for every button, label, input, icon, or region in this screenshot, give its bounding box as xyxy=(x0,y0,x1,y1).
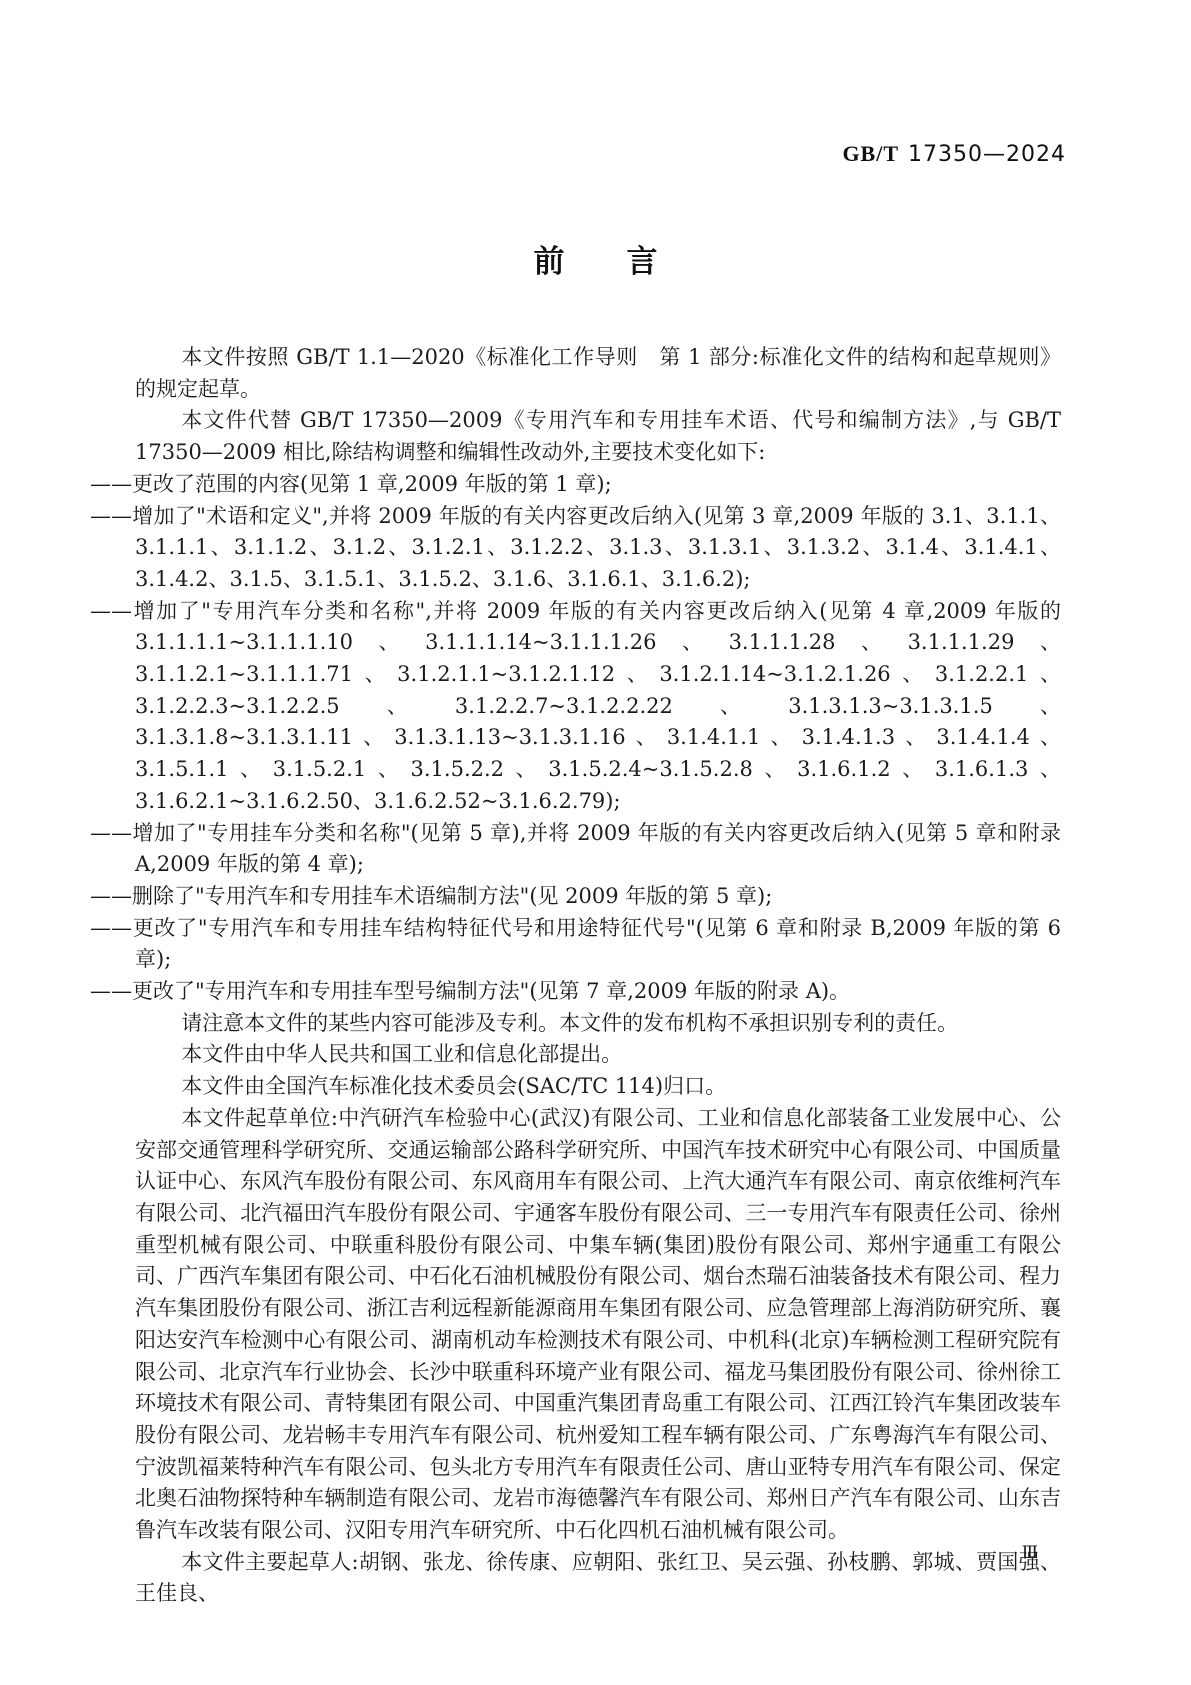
standard-number: 17350—2024 xyxy=(908,142,1066,167)
change-list-item-model-numbering: ——更改了"专用汽车和专用挂车型号编制方法"(见第 7 章,2009 年版的附录… xyxy=(135,976,1061,1008)
page-title: 前 言 xyxy=(0,236,1191,281)
paragraph-proposed-by: 本文件由中华人民共和国工业和信息化部提出。 xyxy=(135,1039,1061,1071)
paragraph-drafting-basis: 本文件按照 GB/T 1.1—2020《标准化工作导则 第 1 部分:标准化文件… xyxy=(135,342,1061,405)
change-list-item-vehicle-classification: ——增加了"专用汽车分类和名称",并将 2009 年版的有关内容更改后纳入(见第… xyxy=(135,596,1061,818)
foreword-body: 本文件按照 GB/T 1.1—2020《标准化工作导则 第 1 部分:标准化文件… xyxy=(135,342,1061,1610)
standard-prefix: GB/T xyxy=(842,141,899,166)
paragraph-patent-notice: 请注意本文件的某些内容可能涉及专利。本文件的发布机构不承担识别专利的责任。 xyxy=(135,1008,1061,1040)
change-list-item-scope: ——更改了范围的内容(见第 1 章,2009 年版的第 1 章); xyxy=(135,469,1061,501)
change-list-item-deleted-method: ——删除了"专用汽车和专用挂车术语编制方法"(见 2009 年版的第 5 章); xyxy=(135,881,1061,913)
change-list-item-trailer-classification: ——增加了"专用挂车分类和名称"(见第 5 章),并将 2009 年版的有关内容… xyxy=(135,818,1061,881)
change-list-item-terms: ——增加了"术语和定义",并将 2009 年版的有关内容更改后纳入(见第 3 章… xyxy=(135,501,1061,596)
paragraph-drafting-organizations: 本文件起草单位:中汽研汽车检验中心(武汉)有限公司、工业和信息化部装备工业发展中… xyxy=(135,1103,1061,1547)
change-list-item-feature-codes: ——更改了"专用汽车和专用挂车结构特征代号和用途特征代号"(见第 6 章和附录 … xyxy=(135,913,1061,976)
document-number: GB/T17350—2024 xyxy=(0,141,1066,167)
paragraph-centralized-by: 本文件由全国汽车标准化技术委员会(SAC/TC 114)归口。 xyxy=(135,1071,1061,1103)
paragraph-replacement: 本文件代替 GB/T 17350—2009《专用汽车和专用挂车术语、代号和编制方… xyxy=(135,405,1061,468)
document-page: GB/T17350—2024 前 言 本文件按照 GB/T 1.1—2020《标… xyxy=(0,0,1191,1685)
page-number: Ⅲ xyxy=(0,1543,1038,1563)
